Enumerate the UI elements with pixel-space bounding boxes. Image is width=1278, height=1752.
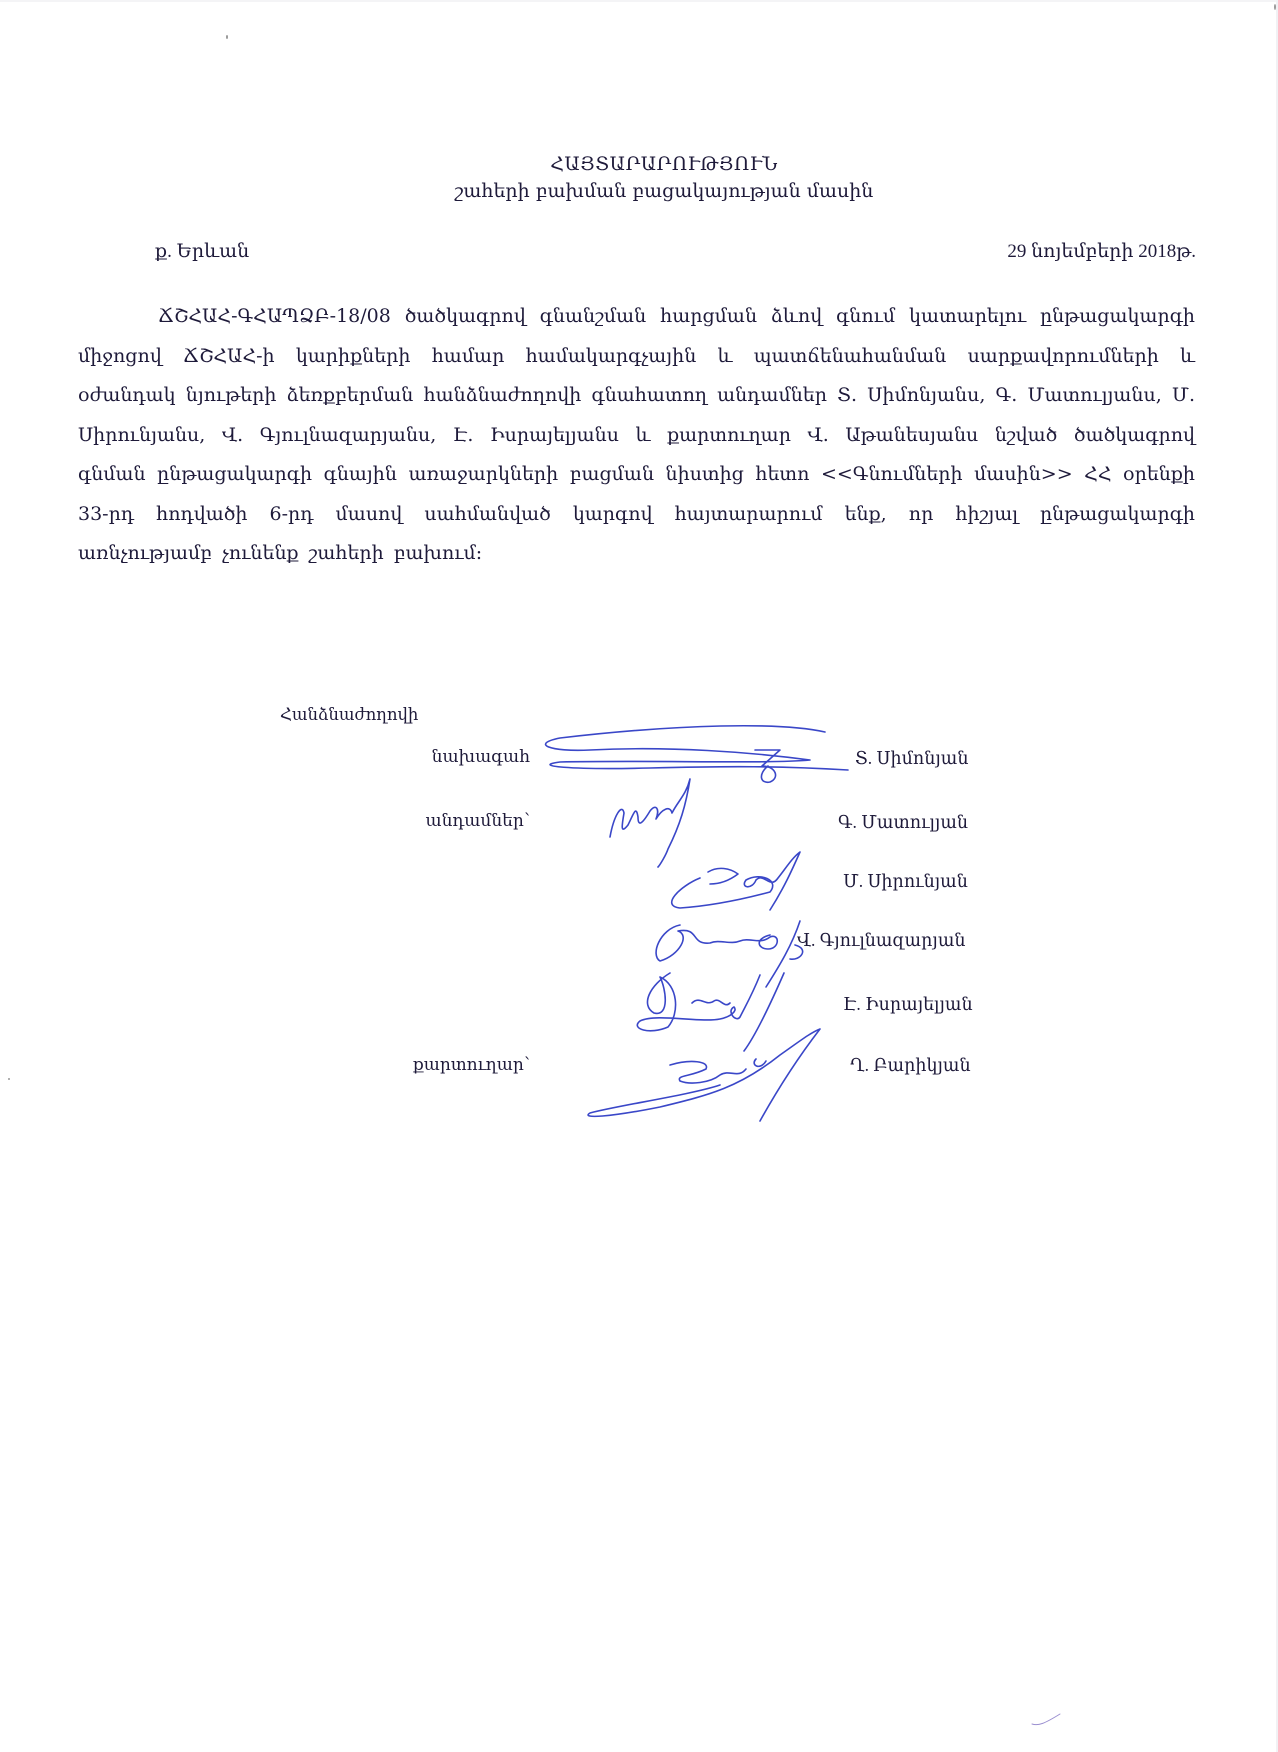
scan-mark-icon [1030, 1712, 1070, 1732]
signature-name: Վ. Գյուլնազարյան [797, 930, 966, 951]
signature-member-1-icon [600, 775, 720, 870]
signature-name: Մ. Սիրունյան [843, 871, 968, 892]
scan-speck [226, 35, 228, 39]
signature-label-members: անդամներ՝ [380, 811, 530, 831]
signature-label-chairman: նախագահ [380, 747, 530, 767]
document-subtitle: շահերի բախման բացակայության մասին [50, 178, 1278, 204]
signatures-heading: Հանձնաժողովի [280, 705, 418, 725]
title-block: ՀԱՅՏԱՐԱՐՈՒԹՅՈՒՆ շահերի բախման բացակայութ… [0, 152, 1278, 204]
scan-speck [8, 1078, 10, 1080]
scan-speck [1274, 4, 1276, 10]
signature-chairman-icon [530, 720, 850, 790]
document-place: ք. Երևան [155, 240, 249, 263]
document-title: ՀԱՅՏԱՐԱՐՈՒԹՅՈՒՆ [50, 152, 1278, 176]
signature-member-3-icon [650, 915, 820, 995]
document-date: 29 նոյեմբերի 2018թ. [1007, 240, 1196, 263]
signature-name: Տ. Սիմոնյան [855, 748, 969, 769]
signature-secretary-icon [580, 1025, 840, 1125]
signature-member-4-icon [620, 965, 800, 1055]
signature-label-secretary: քարտուղար՝ [380, 1055, 530, 1075]
signature-member-2-icon [660, 850, 810, 920]
document-body: ՃՇՀԱՀ-ԳՀԱՊՁԲ-18/08 ծածկագրով գնանշման հա… [78, 297, 1195, 574]
signature-name: Է. Իսրայելյան [843, 994, 973, 1015]
signature-name: Ղ. Բարիկյան [850, 1055, 971, 1076]
signature-name: Գ. Մատուլյան [838, 812, 968, 833]
